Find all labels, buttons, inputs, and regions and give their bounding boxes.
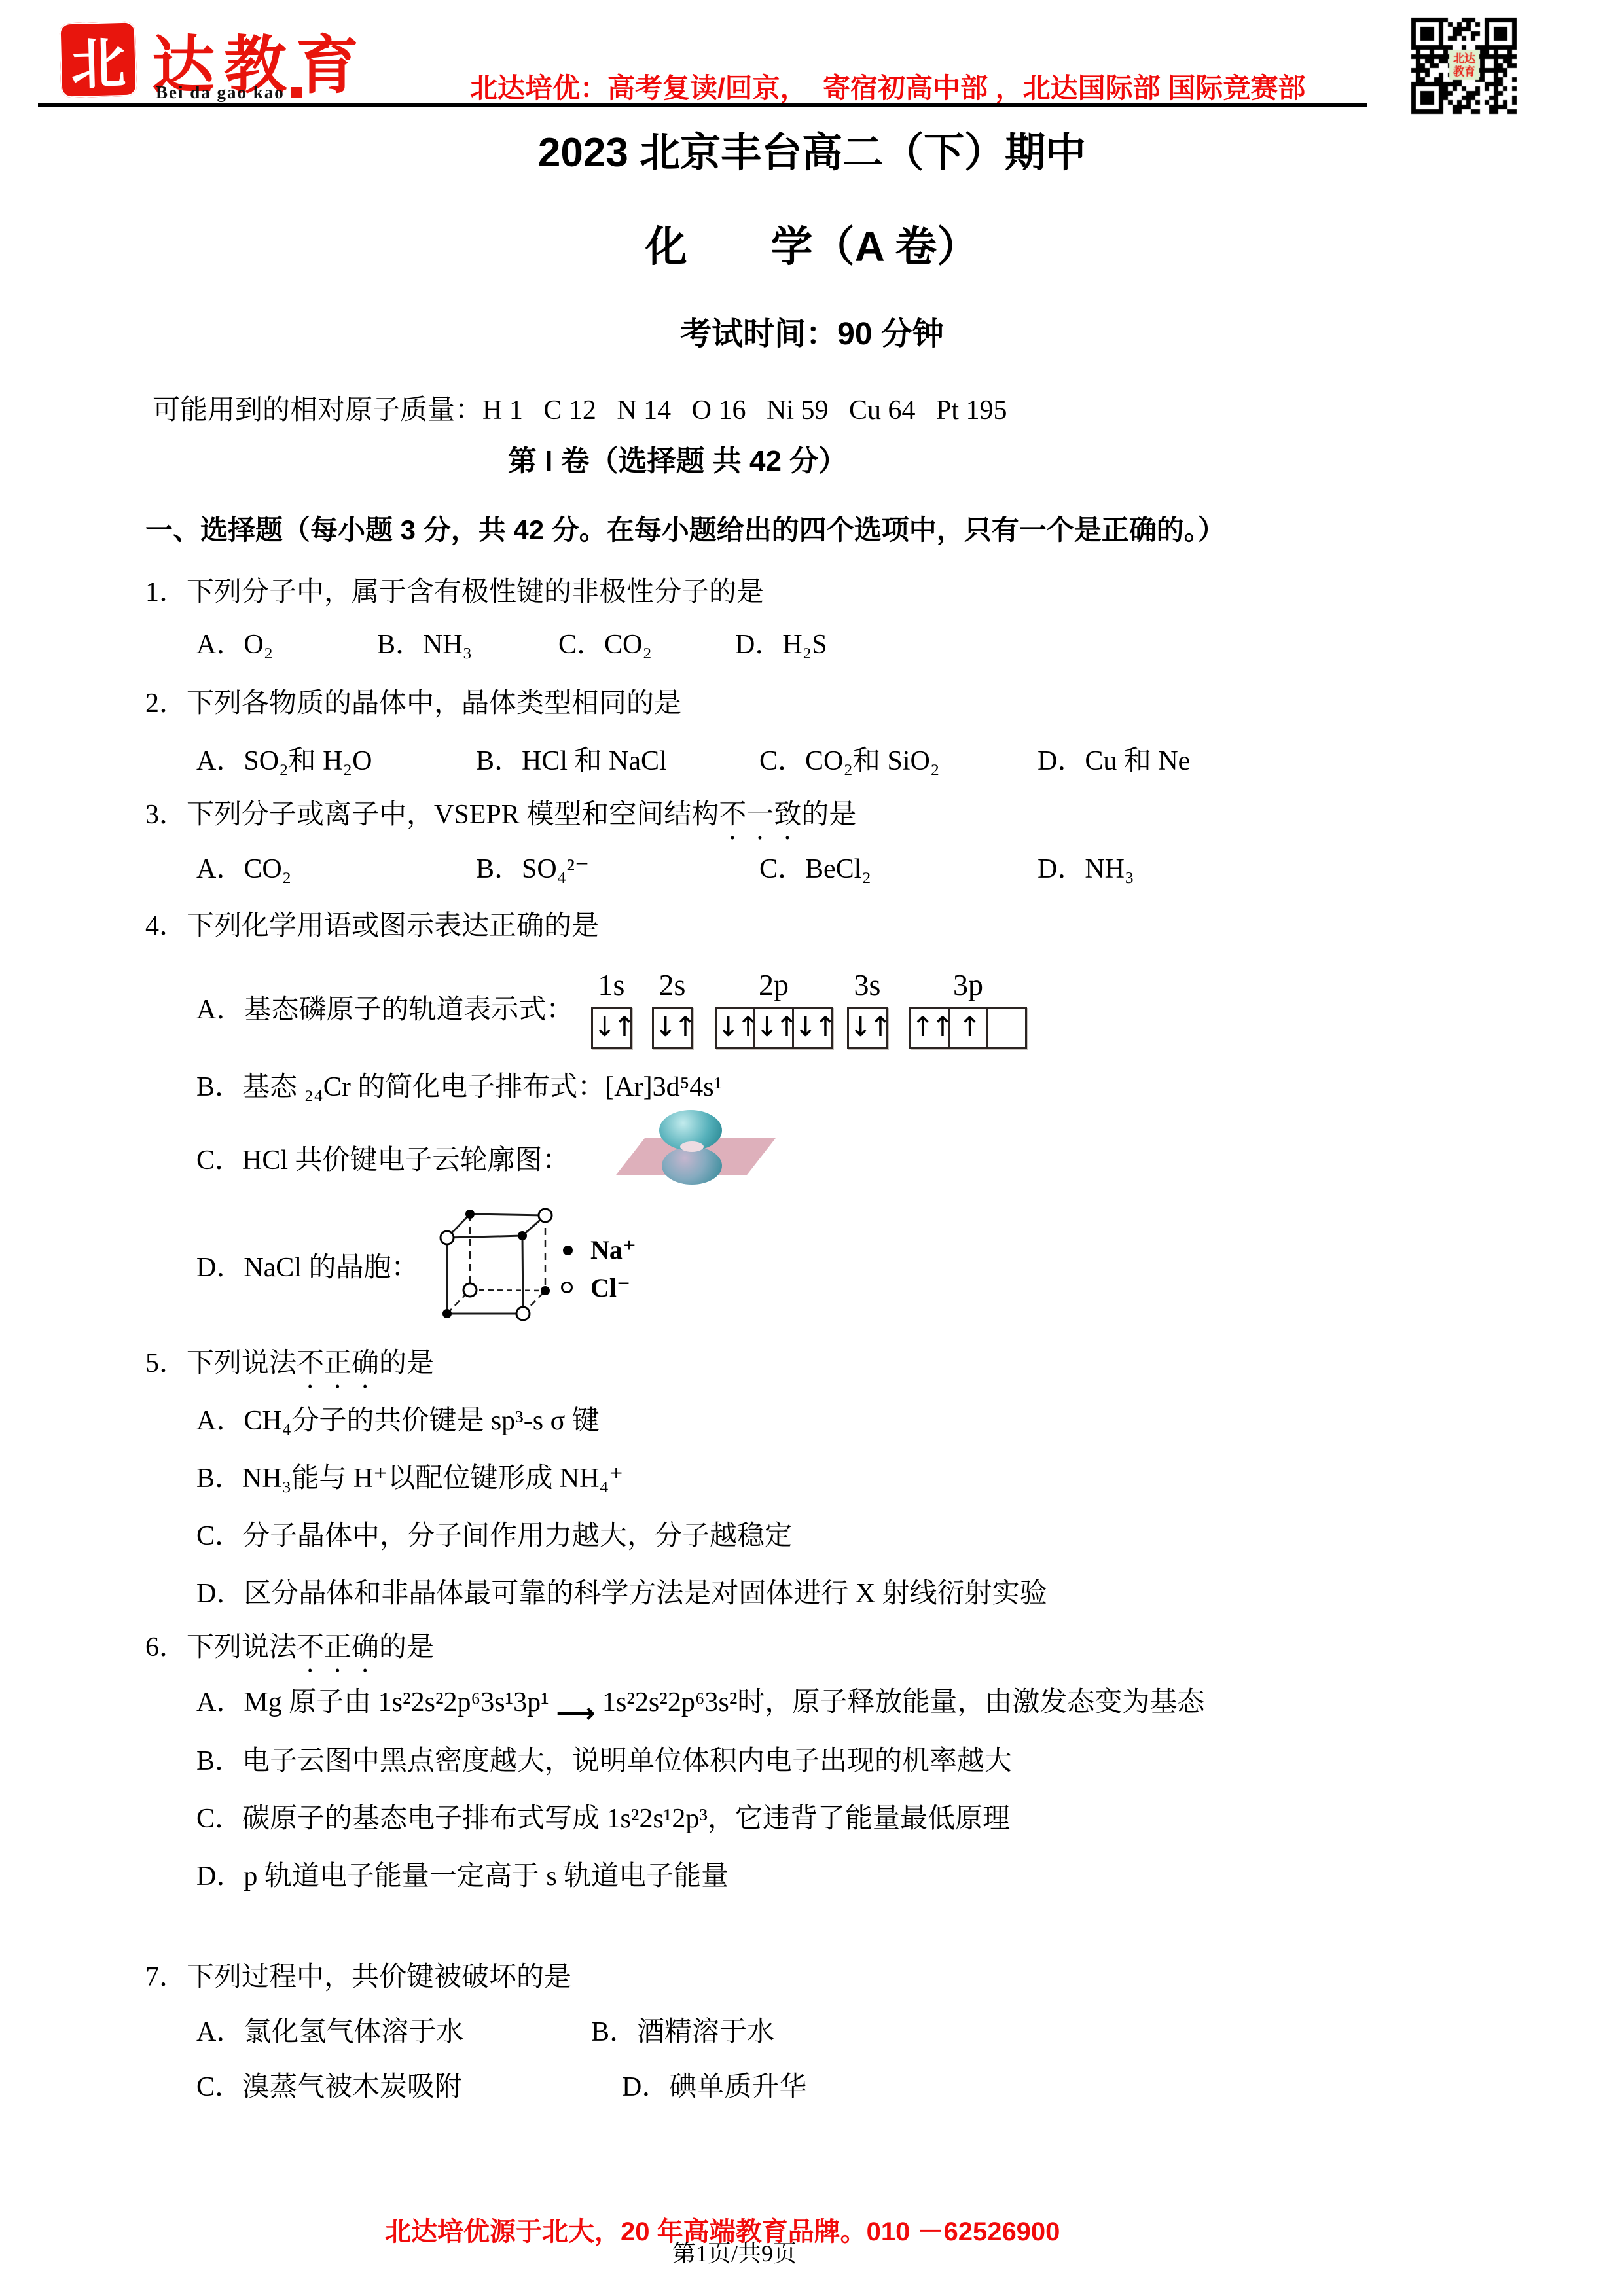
logo-red-square-icon bbox=[291, 87, 302, 98]
q2-option-c: C．CO₂和 SiO₂ bbox=[759, 745, 940, 778]
q1-option-d: D．H₂S bbox=[735, 628, 827, 662]
q5-option-b: B．NH₃能与 H⁺以配位键形成 NH₄⁺ bbox=[196, 1462, 623, 1496]
q6-option-a-pre: A．Mg 原子由 1s²2s²2p⁶3s¹3p¹ bbox=[196, 1687, 556, 1717]
q5-option-d: D．区分晶体和非晶体最可靠的科学方法是对固体进行 X 射线衍射实验 bbox=[196, 1577, 1047, 1611]
section-title: 第 I 卷（选择题 共 42 分） bbox=[508, 444, 847, 479]
q4-option-c-label: C．HCl 共价键电子云轮廓图： bbox=[196, 1144, 570, 1177]
na-ion bbox=[541, 1286, 550, 1295]
cl-ion bbox=[539, 1209, 552, 1222]
q3-option-d: D．NH₃ bbox=[1038, 853, 1134, 886]
orbital-box: ↓↑ bbox=[591, 1007, 632, 1049]
orbital-group-2p: 2p ↓↑↓↑↓↑ bbox=[715, 966, 833, 1049]
q6-stem-suffix: 的是 bbox=[379, 1632, 434, 1662]
orbital-label-3p: 3p bbox=[909, 966, 1027, 1007]
cl-ion bbox=[516, 1307, 530, 1320]
orbital-hole bbox=[680, 1141, 704, 1152]
q5-stem-suffix: 的是 bbox=[379, 1348, 434, 1378]
q2-option-b: B．HCl 和 NaCl bbox=[476, 745, 667, 778]
nacl-unit-cell bbox=[425, 1202, 556, 1329]
q3-stem-emphasis: 不一致 bbox=[719, 800, 801, 830]
legend-na-label: Na⁺ bbox=[590, 1234, 636, 1265]
q6-option-a-arrow: ⟶ bbox=[556, 1697, 595, 1729]
orbital-group-3p: 3p ↑↑↑ bbox=[909, 966, 1027, 1049]
q6-stem-emphasis: 不正确 bbox=[297, 1632, 379, 1662]
q5-stem-prefix: 5．下列说法 bbox=[145, 1348, 297, 1378]
legend-cl-icon bbox=[561, 1282, 573, 1293]
q4-option-a-label: A．基态磷原子的轨道表示式： bbox=[196, 994, 573, 1027]
logo-seal: 北 bbox=[60, 22, 137, 98]
header-slogan: 北达培优：高考复读/回京， 寄宿初高中部 ，北达国际部 国际竞赛部 bbox=[470, 67, 1305, 106]
q3-stem-prefix: 3．下列分子或离子中，VSEPR 模型和空间结构 bbox=[145, 800, 719, 830]
q2-stem: 2．下列各物质的晶体中，晶体类型相同的是 bbox=[145, 687, 681, 721]
atomic-masses-line: 可能用到的相对原子质量：H 1 C 12 N 14 O 16 Ni 59 Cu … bbox=[153, 394, 1007, 427]
q7-stem: 7．下列过程中，共价键被破坏的是 bbox=[145, 1961, 571, 1994]
q3-option-a: A．CO₂ bbox=[196, 853, 291, 886]
q6-option-b: B．电子云图中黑点密度越大，说明单位体积内电子出现的机率越大 bbox=[196, 1745, 1012, 1778]
q2-option-d: D．Cu 和 Ne bbox=[1038, 745, 1190, 778]
na-ion bbox=[442, 1309, 452, 1318]
q4-stem: 4．下列化学用语或图示表达正确的是 bbox=[145, 910, 599, 943]
orbital-label-1s: 1s bbox=[591, 966, 632, 1007]
qr-code bbox=[1411, 16, 1518, 117]
q3-stem: 3．下列分子或离子中，VSEPR 模型和空间结构不一致的是 bbox=[145, 798, 856, 846]
orbital-box: ↓↑ bbox=[715, 1007, 755, 1049]
na-ion bbox=[465, 1210, 475, 1219]
q7-option-a: A．氯化氢气体溶于水 bbox=[196, 2016, 463, 2049]
q2-option-a: A．SO₂和 H₂O bbox=[196, 745, 372, 778]
q6-option-c: C．碳原子的基态电子排布式写成 1s²2s¹2p³，它违背了能量最低原理 bbox=[196, 1803, 1010, 1836]
q7-option-b: B．酒精溶于水 bbox=[591, 2016, 774, 2049]
q5-option-a: A．CH₄分子的共价键是 sp³-s σ 键 bbox=[196, 1405, 600, 1438]
q1-option-c: C．CO₂ bbox=[558, 628, 652, 662]
na-ion bbox=[518, 1231, 527, 1240]
q6-option-a: A．Mg 原子由 1s²2s²2p⁶3s¹3p¹ ⟶ 1s²2s²2p⁶3s²时… bbox=[196, 1686, 1204, 1730]
logo-subtitle: Bei da gao kao bbox=[156, 82, 302, 103]
q1-stem: 1．下列分子中，属于含有极性键的非极性分子的是 bbox=[145, 576, 764, 609]
q7-option-d: D．碘单质升华 bbox=[622, 2071, 806, 2104]
q6-option-a-post: 1s²2s²2p⁶3s²时，原子释放能量，由激发态变为基态 bbox=[595, 1687, 1204, 1717]
orbital-label-2p: 2p bbox=[715, 966, 833, 1007]
legend-cl-label: Cl⁻ bbox=[590, 1272, 630, 1303]
logo-subtitle-text: Bei da gao kao bbox=[156, 82, 285, 102]
orbital-box: ↑↑ bbox=[909, 1007, 950, 1049]
q6-option-d: D．p 轨道电子能量一定高于 s 轨道电子能量 bbox=[196, 1860, 729, 1893]
q4-option-d-label: D．NaCl 的晶胞： bbox=[196, 1251, 419, 1285]
q7-option-c: C．溴蒸气被木炭吸附 bbox=[196, 2071, 462, 2104]
q3-option-b: B．SO₄²⁻ bbox=[476, 853, 589, 886]
orbital-group-2s: 2s ↓↑ bbox=[652, 966, 693, 1049]
q5-option-c: C．分子晶体中，分子间作用力越大，分子越稳定 bbox=[196, 1520, 792, 1553]
q6-stem-prefix: 6．下列说法 bbox=[145, 1632, 297, 1662]
electron-cloud-figure bbox=[612, 1107, 776, 1199]
orbital-group-1s: 1s ↓↑ bbox=[591, 966, 632, 1049]
q6-stem: 6．下列说法不正确的是 bbox=[145, 1631, 434, 1678]
orbital-label-2s: 2s bbox=[652, 966, 693, 1007]
legend-na-icon bbox=[563, 1246, 573, 1255]
orbital-box: ↑ bbox=[948, 1007, 988, 1049]
orbital-box: ↓↑ bbox=[652, 1007, 693, 1049]
exam-duration: 考试时间：90 分钟 bbox=[680, 315, 944, 354]
orbital-group-3s: 3s ↓↑ bbox=[847, 966, 888, 1049]
orbital-box: ↓↑ bbox=[792, 1007, 833, 1049]
q3-option-c: C．BeCl₂ bbox=[759, 853, 871, 886]
q4-option-b: B．基态 ₂₄Cr 的简化电子排布式：[Ar]3d⁵4s¹ bbox=[196, 1071, 722, 1104]
q5-stem-emphasis: 不正确 bbox=[297, 1348, 379, 1378]
header-divider bbox=[38, 103, 1367, 107]
orbital-label-3s: 3s bbox=[847, 966, 888, 1007]
orbital-lobe-bottom bbox=[662, 1147, 722, 1185]
cl-ion bbox=[463, 1283, 477, 1297]
orbital-box bbox=[986, 1007, 1027, 1049]
page-indicator: 第1页/共9页 bbox=[672, 2240, 797, 2269]
q1-option-a: A．O₂ bbox=[196, 628, 273, 662]
logo-seal-char: 北 bbox=[69, 19, 126, 99]
orbital-box: ↓↑ bbox=[753, 1007, 794, 1049]
orbital-box: ↓↑ bbox=[847, 1007, 888, 1049]
subject-title: 化 学（A 卷） bbox=[645, 221, 979, 272]
exam-title: 2023 北京丰台高二（下）期中 bbox=[538, 128, 1086, 178]
cl-ion bbox=[441, 1231, 454, 1244]
q5-stem: 5．下列说法不正确的是 bbox=[145, 1347, 434, 1394]
section-instructions: 一、选择题（每小题 3 分，共 42 分。在每小题给出的四个选项中，只有一个是正… bbox=[145, 513, 1225, 547]
q1-option-b: B．NH₃ bbox=[377, 628, 472, 662]
exam-page: 北 达教育 Bei da gao kao 北达培优：高考复读/回京， 寄宿初高中… bbox=[0, 0, 1624, 2296]
q3-stem-suffix: 的是 bbox=[801, 800, 856, 830]
